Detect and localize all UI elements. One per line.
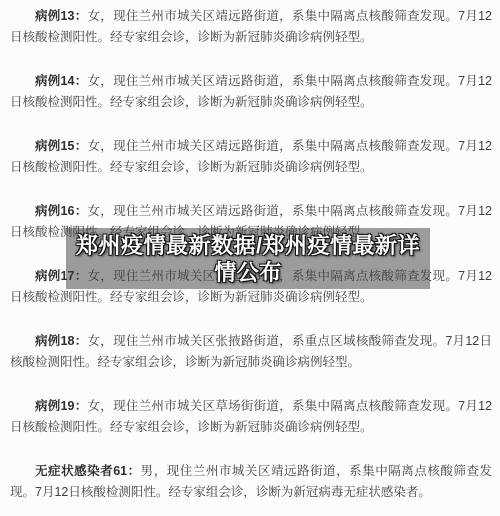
case-label: 病例15： <box>35 139 88 153</box>
case-label: 病例13： <box>35 9 88 23</box>
case-paragraph-19: 病例19：女，现住兰州市城关区草场街街道，系集中隔离点核酸筛查发现。7月12日核… <box>10 396 492 438</box>
case-label: 病例14： <box>35 74 88 88</box>
case-paragraph-14: 病例14：女，现住兰州市城关区靖远路街道，系集中隔离点核酸筛查发现。7月12日核… <box>10 71 492 113</box>
case-paragraph-13: 病例13：女，现住兰州市城关区靖远路街道，系集中隔离点核酸筛查发现。7月12日核… <box>10 6 492 48</box>
overlay-title: 郑州疫情最新数据/郑州疫情最新详情公布 <box>72 232 424 286</box>
case-paragraph-asymptomatic-61: 无症状感染者61：男，现住兰州市城关区靖远路街道，系集中隔离点核酸筛查发现。7月… <box>10 461 492 503</box>
case-label: 无症状感染者61： <box>35 464 141 478</box>
case-label: 病例18： <box>35 334 88 348</box>
title-overlay-band: 郑州疫情最新数据/郑州疫情最新详情公布 <box>66 228 430 289</box>
case-label: 病例19： <box>35 399 88 413</box>
case-paragraph-18: 病例18：女，现住兰州市城关区张掖路街道，系重点区域核酸筛查发现。7月12日核酸… <box>10 331 492 373</box>
case-paragraph-15: 病例15：女，现住兰州市城关区靖远路街道，系集中隔离点核酸筛查发现。7月12日核… <box>10 136 492 178</box>
case-label: 病例16： <box>35 204 88 218</box>
